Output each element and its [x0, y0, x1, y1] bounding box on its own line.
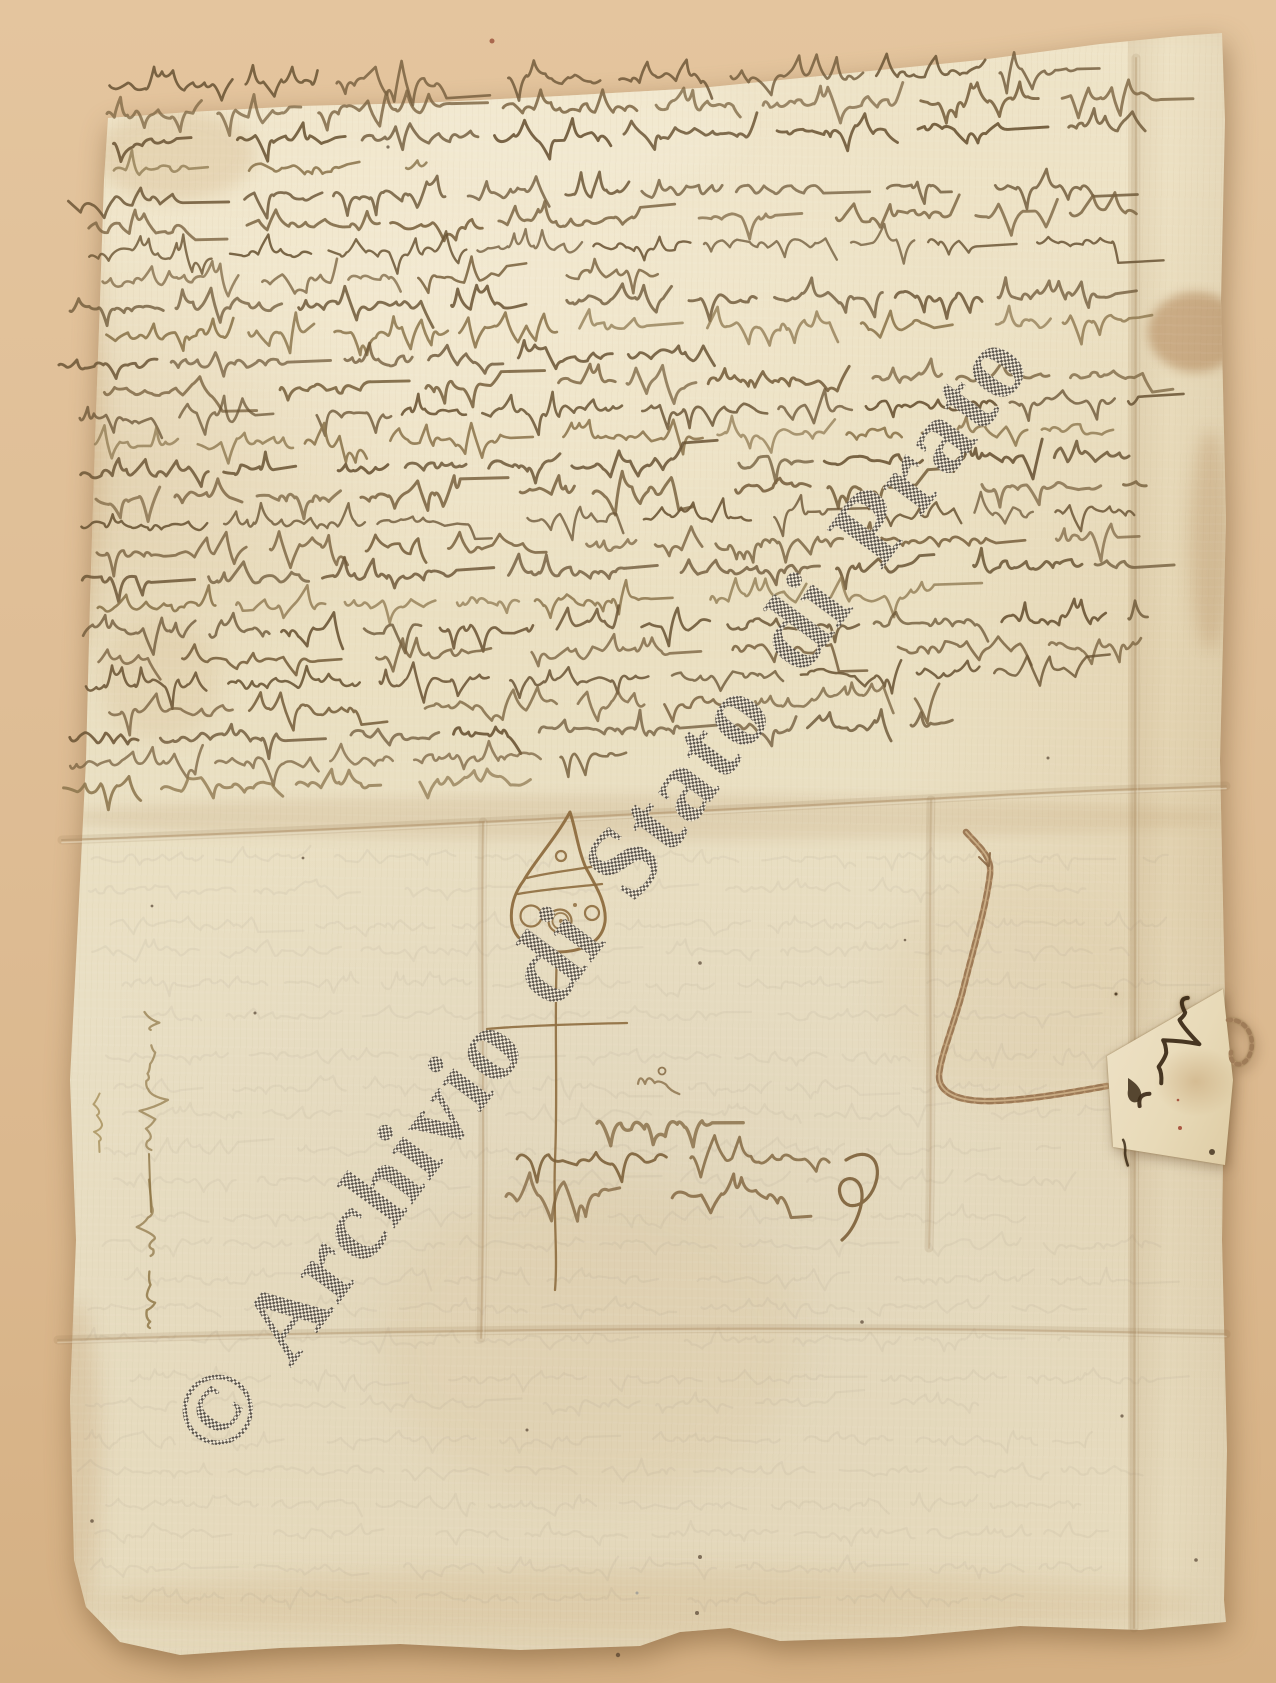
stain-patch: [48, 190, 103, 650]
right-fold-strip: [1128, 30, 1228, 1634]
ink-blot: [1128, 1078, 1142, 1102]
tag-script-small: [1119, 1140, 1132, 1166]
stain-patch: [95, 110, 255, 200]
stain-patch: [60, 795, 1225, 840]
stain-patch: [1148, 292, 1243, 372]
tag-speck: [1177, 1099, 1180, 1102]
ink-stroke: [1148, 995, 1214, 1091]
tag-handwriting: [1115, 993, 1216, 1166]
paper-shadow-wrapper: [0, 0, 1276, 1683]
ink-stroke: [1119, 1140, 1132, 1166]
stain-patch: [380, 1180, 800, 1500]
tag-script: [1137, 995, 1214, 1118]
stain-patch: [100, 620, 220, 740]
scanned-letter-photograph: © Archivio di Stato di Prato: [0, 0, 1276, 1683]
tag-speck: [1115, 993, 1118, 996]
paper-texture: [0, 0, 1276, 1683]
stain-patch: [420, 55, 740, 195]
tag-speck: [1178, 1126, 1182, 1130]
tag-ink-layer: [1100, 980, 1245, 1175]
tag-speck: [1209, 1149, 1215, 1155]
stain-patch: [1190, 430, 1230, 650]
archival-paper-tag: [1100, 980, 1245, 1175]
stain-patch: [50, 1300, 100, 1620]
letter-sheet: [0, 0, 1276, 1683]
stain-patch: [80, 1570, 1200, 1640]
